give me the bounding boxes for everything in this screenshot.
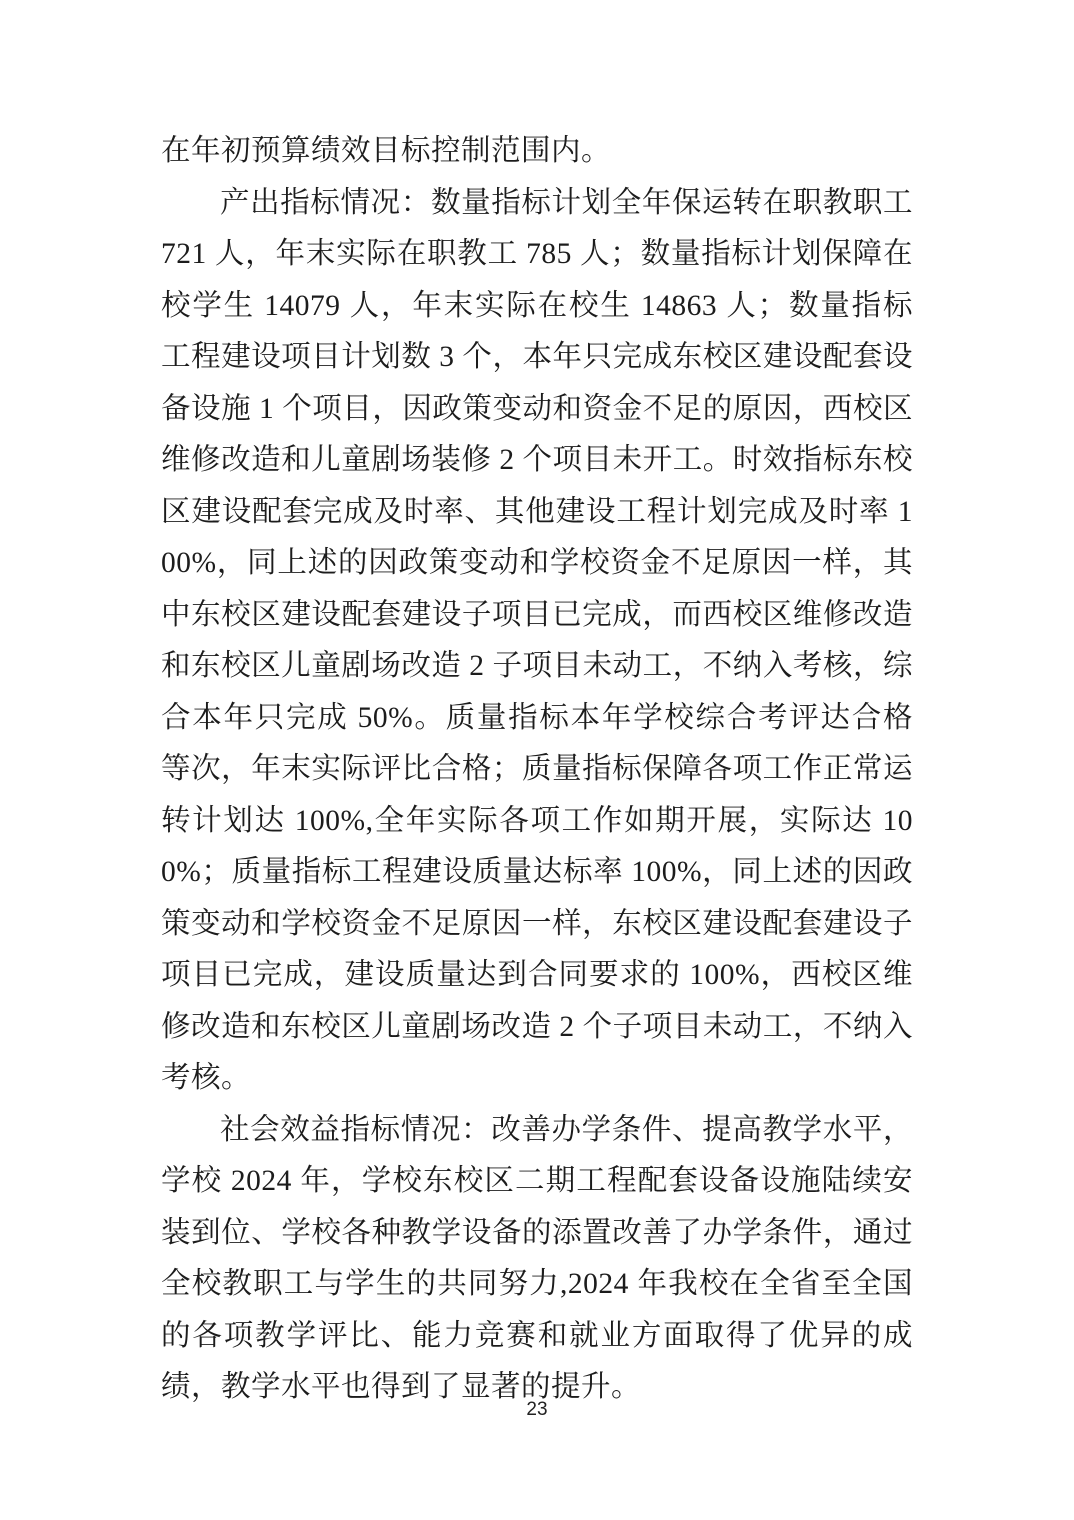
page-number: 23	[0, 1398, 1074, 1422]
paragraph-social-benefit-indicators: 社会效益指标情况：改善办学条件、提高教学水平，学校 2024 年，学校东校区二期…	[161, 1105, 913, 1414]
document-body: 在年初预算绩效目标控制范围内。 产出指标情况：数量指标计划全年保运转在职教职工 …	[161, 126, 913, 1414]
paragraph-output-indicators: 产出指标情况：数量指标计划全年保运转在职教职工 721 人，年末实际在职教工 7…	[161, 178, 913, 1105]
document-page: 在年初预算绩效目标控制范围内。 产出指标情况：数量指标计划全年保运转在职教职工 …	[0, 0, 1074, 1520]
paragraph-budget-target: 在年初预算绩效目标控制范围内。	[161, 126, 913, 178]
